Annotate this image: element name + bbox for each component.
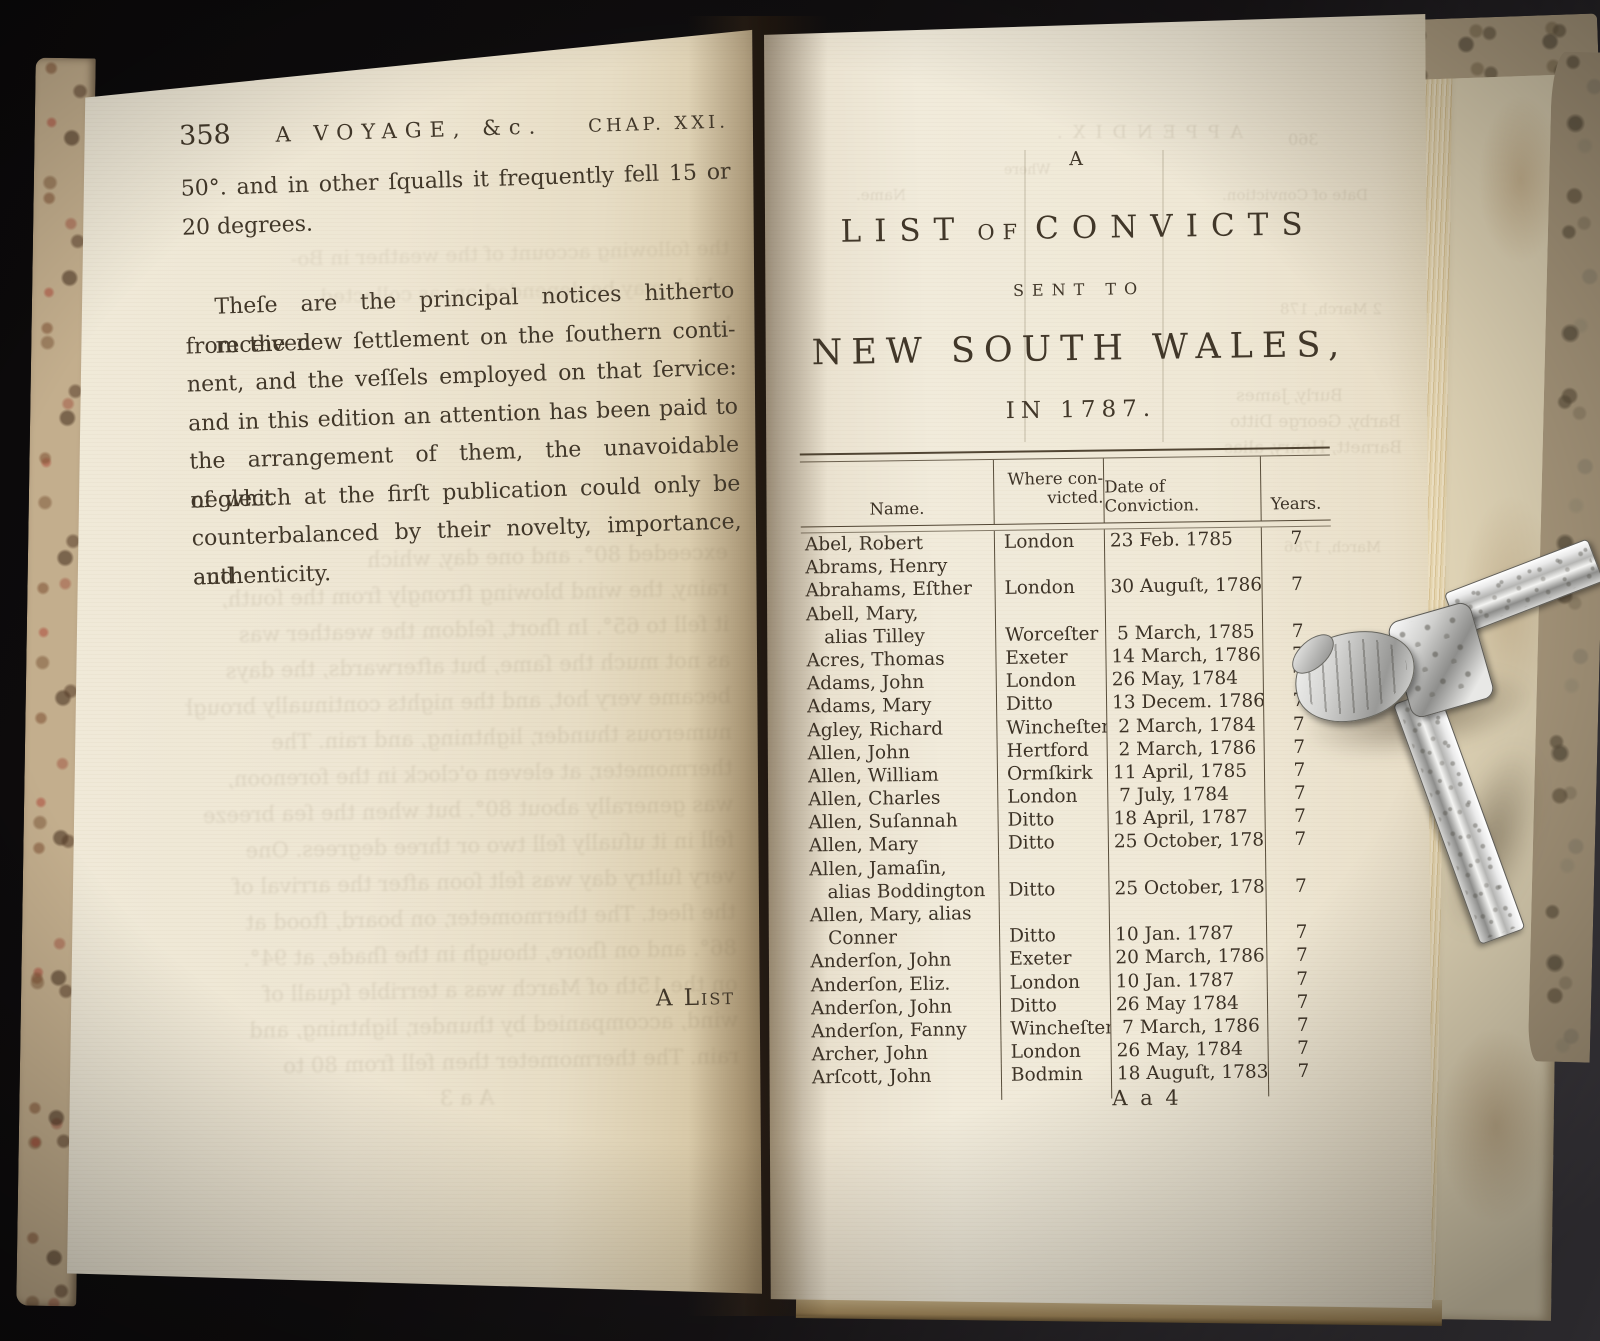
- cell-where: London: [997, 785, 1107, 810]
- cell-years: [1266, 898, 1336, 922]
- column-header-where-line2: victed.: [1047, 487, 1103, 507]
- left-paragraph-2: Theſe are the principal notices hitherto…: [184, 272, 743, 597]
- cell-where: London: [994, 530, 1104, 555]
- cell-name: alias Boddington: [805, 879, 998, 905]
- cell-name: Allen, Suſannah: [804, 809, 997, 835]
- cell-date: 30 Auguſt, 1786: [1104, 574, 1261, 599]
- cell-date: 7 March, 1786: [1110, 1014, 1267, 1039]
- cell-date: [1109, 898, 1266, 923]
- cell-name: Agley, Richard: [803, 716, 996, 742]
- cell-years: 7: [1264, 805, 1334, 829]
- cell-name: Allen, William: [804, 763, 997, 789]
- cell-years: 7: [1267, 1013, 1337, 1037]
- cell-where: [998, 854, 1108, 879]
- cell-date: 18 Auguſt, 1783: [1111, 1061, 1268, 1086]
- title-line-1: LISTOFCONVICTS: [795, 206, 1361, 251]
- cell-name: Anderſon, John: [807, 995, 1000, 1021]
- cell-where: Worceſter: [995, 622, 1105, 647]
- cell-where: [994, 553, 1104, 578]
- cell-years: 7: [1267, 990, 1337, 1014]
- title-word-list: LIST: [840, 212, 967, 250]
- cell-where: London: [994, 576, 1104, 601]
- table-header-row: Name. Where con- victed. Date of Convict…: [800, 456, 1331, 527]
- cell-years: 7: [1263, 689, 1333, 713]
- cell-years: 7: [1264, 782, 1334, 806]
- cell-where: London: [1000, 1040, 1110, 1065]
- cell-years: 7: [1265, 874, 1335, 898]
- cell-date: 7 July, 1784: [1107, 783, 1264, 808]
- column-header-name: Name.: [800, 460, 994, 527]
- cell-name: alias Tilley: [802, 624, 995, 650]
- cell-years: 7: [1265, 828, 1335, 852]
- running-title: A VOYAGE, &c.: [230, 113, 588, 148]
- cell-years: 7: [1261, 527, 1331, 551]
- cell-name: Conner: [806, 925, 999, 951]
- convicts-table: Name. Where con- victed. Date of Convict…: [800, 447, 1338, 1102]
- cell-date: 25 October, 1786: [1108, 875, 1265, 900]
- cell-where: Ditto: [997, 808, 1107, 833]
- cell-date: 26 May, 1784: [1106, 667, 1263, 692]
- title-line-2: SENT TO: [796, 276, 1362, 304]
- cell-date: 26 May 1784: [1110, 991, 1267, 1016]
- cell-years: 7: [1264, 735, 1334, 759]
- cell-years: 7: [1262, 642, 1332, 666]
- cell-years: 7: [1266, 944, 1336, 968]
- list-title: A LISTOFCONVICTS SENT TO NEW SOUTH WALES…: [794, 144, 1364, 428]
- cell-where: Exeter: [999, 947, 1109, 972]
- cell-where: Bodmin: [1001, 1063, 1111, 1088]
- table-body: Abel, RobertLondon23 Feb. 17857Abrams, H…: [801, 527, 1338, 1090]
- cell-where: Hertford: [997, 738, 1107, 763]
- cell-where: Exeter: [995, 645, 1105, 670]
- title-line-3: NEW SOUTH WALES,: [797, 325, 1364, 374]
- cell-years: [1265, 851, 1335, 875]
- column-header-years: Years.: [1260, 456, 1331, 521]
- cell-where: Wincheſter: [996, 715, 1106, 740]
- cell-name: Allen, John: [804, 740, 997, 766]
- cell-years: 7: [1268, 1060, 1338, 1084]
- cell-years: 7: [1267, 967, 1337, 991]
- cell-years: [1261, 550, 1331, 574]
- cell-date: 25 October, 1786: [1108, 829, 1265, 854]
- cell-years: 7: [1262, 619, 1332, 643]
- cell-years: 7: [1264, 758, 1334, 782]
- cell-name: Abrams, Henry: [801, 554, 994, 580]
- cell-name: Arſcott, John: [808, 1064, 1001, 1090]
- cell-name: Allen, Jamaſin,: [805, 856, 998, 882]
- column-header-where-line1: Where con-: [1007, 468, 1103, 488]
- cell-date: 20 March, 1786: [1109, 945, 1266, 970]
- cell-where: Ditto: [998, 877, 1108, 902]
- cell-where: Ormſkirk: [997, 761, 1107, 786]
- cell-where: Ditto: [998, 831, 1108, 856]
- cell-date: 5 March, 1785: [1105, 620, 1262, 645]
- chapter-heading: CHAP. XXI.: [588, 111, 729, 136]
- catchword: A List: [545, 984, 736, 1014]
- cell-years: 7: [1266, 921, 1336, 945]
- cell-date: 10 Jan. 1787: [1109, 922, 1266, 947]
- cell-years: 7: [1267, 1037, 1337, 1061]
- cell-name: Allen, Charles: [804, 786, 997, 812]
- title-word-convicts: CONVICTS: [1035, 206, 1316, 246]
- column-header-where: Where con- victed.: [993, 459, 1104, 524]
- left-paragraph-1: 50°. and in other ſqualls it frequently …: [180, 153, 732, 247]
- cell-name: Acres, Thomas: [802, 647, 995, 673]
- cell-date: 2 March, 1786: [1107, 736, 1264, 761]
- cell-name: Archer, John: [808, 1041, 1001, 1067]
- cell-date: 2 March, 1784: [1106, 713, 1263, 738]
- cell-where: [995, 599, 1105, 624]
- cell-where: Ditto: [996, 692, 1106, 717]
- cell-years: 7: [1263, 666, 1333, 690]
- page-number: 358: [179, 119, 231, 152]
- cell-name: Abell, Mary,: [802, 601, 995, 627]
- cell-where: Ditto: [999, 924, 1109, 949]
- cell-date: 11 April, 1785: [1107, 759, 1264, 784]
- book-photograph: 358 A VOYAGE, &c. CHAP. XXI. 50°. and in…: [0, 0, 1600, 1341]
- column-header-date: Date of Conviction.: [1103, 456, 1261, 522]
- cell-date: 13 Decem. 1786: [1106, 690, 1263, 715]
- cell-name: Anderſon, John: [806, 948, 999, 974]
- cell-name: Anderſon, Eliz.: [807, 971, 1000, 997]
- cell-date: [1108, 852, 1265, 877]
- cell-name: Abel, Robert: [801, 531, 994, 557]
- cell-years: [1262, 596, 1332, 620]
- cell-years: 7: [1263, 712, 1333, 736]
- signature-mark: A a 4: [1082, 1085, 1212, 1110]
- cell-where: Wincheſter: [1000, 1016, 1110, 1041]
- cell-years: 7: [1261, 573, 1331, 597]
- cell-date: [1104, 551, 1261, 576]
- cell-date: 23 Feb. 1785: [1104, 527, 1261, 552]
- cell-where: [999, 900, 1109, 925]
- cell-date: [1105, 597, 1262, 622]
- cell-name: Allen, Mary: [805, 832, 998, 858]
- title-word-of: OF: [967, 220, 1035, 245]
- cell-name: Adams, Mary: [803, 693, 996, 719]
- cell-name: Anderſon, Fanny: [807, 1018, 1000, 1044]
- cell-where: Ditto: [1000, 993, 1110, 1018]
- cell-where: London: [1000, 970, 1110, 995]
- left-page-content: 358 A VOYAGE, &c. CHAP. XXI. 50°. and in…: [179, 103, 744, 597]
- cell-date: 14 March, 1786: [1105, 643, 1262, 668]
- cell-name: Allen, Mary, alias: [806, 902, 999, 928]
- cell-date: 26 May, 1784: [1110, 1038, 1267, 1063]
- cell-date: 18 April, 1787: [1107, 806, 1264, 831]
- cell-where: London: [996, 669, 1106, 694]
- cell-name: Abrahams, Eſther: [801, 577, 994, 603]
- cell-name: Adams, John: [803, 670, 996, 696]
- cell-date: 10 Jan. 1787: [1110, 968, 1267, 993]
